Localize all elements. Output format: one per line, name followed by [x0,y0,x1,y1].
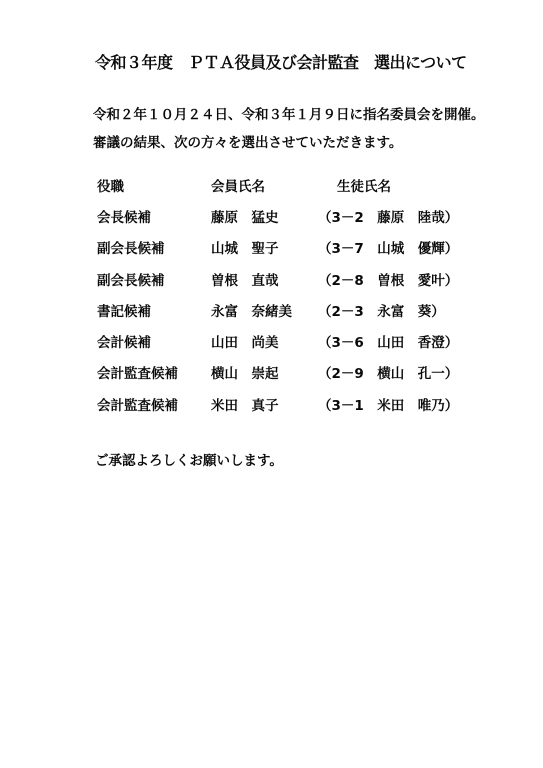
closing-remark: ご承認よろしくお願いします。 [95,449,283,469]
cell-member-name: 藤原 猛史 [211,206,318,226]
cell-student-name: （2－3 永富 葵） [318,300,497,320]
document-title: 令和３年度 ＰＴＡ役員及び会計監査 選出について [95,50,495,73]
cell-student-name: （2－9 横山 孔一） [318,362,497,382]
table-row: 会計候補 山田 尚美 （3－6 山田 香澄） [97,325,497,356]
table-row: 副会長候補 曽根 直哉 （2－8 曽根 愛叶） [97,263,497,294]
cell-student-name: （2－8 曽根 愛叶） [318,269,497,289]
column-header-student-name: 生徒氏名 [318,175,497,195]
cell-member-name: 米田 真子 [211,394,318,414]
intro-line-2: 審議の結果、次の方々を選出させていただきます。 [93,129,513,157]
intro-line-1: 令和２年１０月２４日、令和３年１月９日に指名委員会を開催。 [93,101,513,129]
cell-member-name: 曽根 直哉 [211,269,318,289]
cell-position: 会計監査候補 [97,394,211,414]
cell-position: 会計候補 [97,331,211,351]
column-header-position: 役職 [97,175,211,195]
officer-roster-table: 役職 会員氏名 生徒氏名 会長候補 藤原 猛史 （3－2 藤原 陸哉） 副会長候… [97,169,497,419]
table-row: 会長候補 藤原 猛史 （3－2 藤原 陸哉） [97,200,497,231]
cell-member-name: 山田 尚美 [211,331,318,351]
cell-student-name: （3－1 米田 唯乃） [318,394,497,414]
scanned-document-page: 令和３年度 ＰＴＡ役員及び会計監査 選出について 令和２年１０月２４日、令和３年… [0,0,543,768]
table-row: 会計監査候補 米田 真子 （3－1 米田 唯乃） [97,388,497,419]
cell-student-name: （3－6 山田 香澄） [318,331,497,351]
cell-position: 書記候補 [97,300,211,320]
intro-paragraph: 令和２年１０月２４日、令和３年１月９日に指名委員会を開催。 審議の結果、次の方々… [93,101,513,157]
cell-position: 副会長候補 [97,269,211,289]
cell-member-name: 永富 奈緒美 [211,300,318,320]
cell-member-name: 山城 聖子 [211,237,318,257]
cell-member-name: 横山 崇起 [211,362,318,382]
cell-position: 副会長候補 [97,237,211,257]
table-header-row: 役職 会員氏名 生徒氏名 [97,169,497,200]
cell-position: 会長候補 [97,206,211,226]
cell-position: 会計監査候補 [97,362,211,382]
table-row: 書記候補 永富 奈緒美 （2－3 永富 葵） [97,294,497,325]
cell-student-name: （3－2 藤原 陸哉） [318,206,497,226]
table-row: 会計監査候補 横山 崇起 （2－9 横山 孔一） [97,357,497,388]
cell-student-name: （3－7 山城 優輝） [318,237,497,257]
column-header-member-name: 会員氏名 [211,175,318,195]
table-row: 副会長候補 山城 聖子 （3－7 山城 優輝） [97,232,497,263]
